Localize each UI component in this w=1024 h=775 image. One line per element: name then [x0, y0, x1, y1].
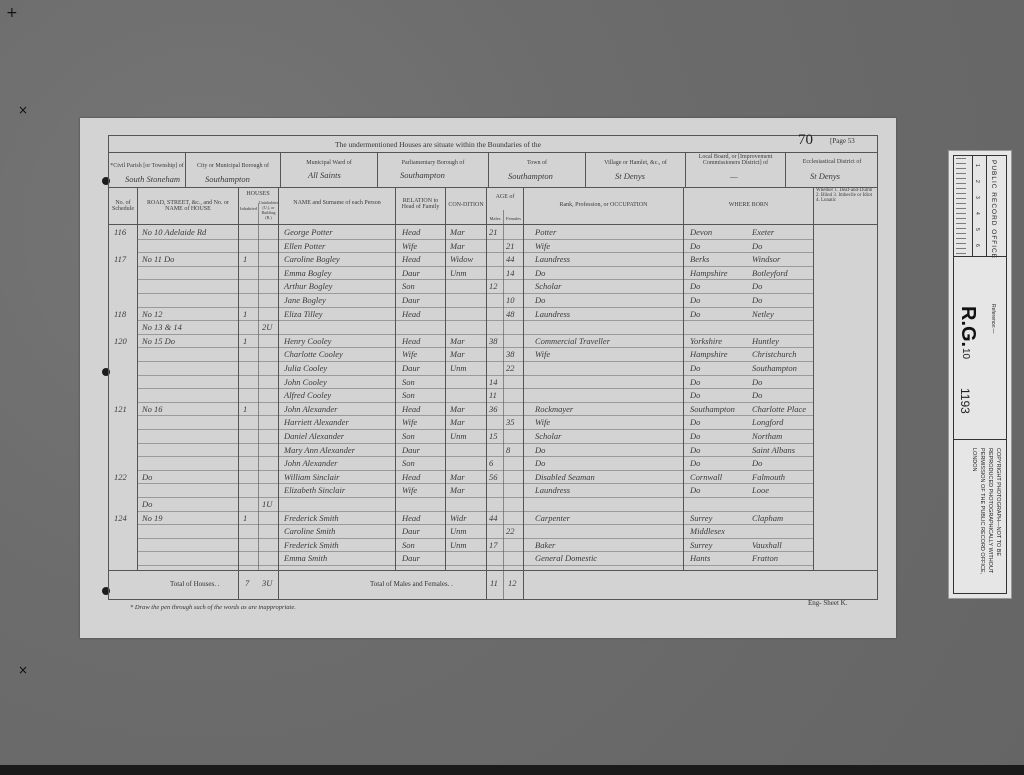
relation-cell: Head [402, 513, 420, 523]
table-row: Julia CooleyDaurUnm22DoSouthampton [80, 361, 896, 375]
born-county-cell: Surrey [690, 540, 712, 550]
page-label: [Page 53 [830, 137, 855, 145]
born-county-cell: Do [690, 363, 700, 373]
born-place-cell: Netley [752, 309, 774, 319]
born-county-cell: Hants [690, 553, 710, 563]
born-place-cell: Windsor [752, 254, 780, 264]
col-header-relation: RELATION to Head of Family [397, 198, 444, 210]
ruler-numbers: 1 2 3 4 5 6 [972, 156, 987, 256]
piece-prefix: 10 [960, 348, 971, 359]
name-cell: Caroline Smith [284, 526, 335, 536]
born-county-cell: Berks [690, 254, 709, 264]
born-place-cell: Fratton [752, 553, 778, 563]
occupation-cell: Commercial Traveller [535, 336, 610, 346]
age-male-cell: 14 [489, 377, 498, 387]
occupation-cell: Scholar [535, 281, 561, 291]
sheet-reference: Eng- Sheet K. [808, 599, 847, 607]
born-place-cell: Do [752, 295, 762, 305]
registration-mark-x: × [18, 104, 28, 116]
age-female-cell: 48 [506, 309, 515, 319]
total-females: 12 [508, 578, 517, 588]
table-row: Frederick SmithSonUnm17BakerSurreyVauxha… [80, 538, 896, 552]
address-cell: No 13 & 14 [142, 322, 182, 332]
film-edge [0, 765, 1024, 775]
relation-cell: Daur [402, 268, 420, 278]
uninhabited-cell: 1U [262, 499, 272, 509]
relation-cell: Wife [402, 485, 417, 495]
table-row: 117No 11 Do1Caroline BogleyHeadWidow44La… [80, 252, 896, 266]
table-row: John CooleySon14DoDo [80, 375, 896, 389]
table-row: 118No 121Eliza TilleyHead48LaundressDoNe… [80, 307, 896, 321]
born-county-cell: Yorkshire [690, 336, 722, 346]
born-place-cell: Do [752, 241, 762, 251]
registration-mark-x: × [18, 664, 28, 676]
born-place-cell: Falmouth [752, 472, 785, 482]
born-place-cell: Do [752, 281, 762, 291]
table-row: Mary Ann AlexanderDaur8DoDoSaint Albans [80, 443, 896, 457]
table-row: Caroline SmithDaurUnm22Middlesex [80, 524, 896, 538]
col-header-uninhabited: Uninhabited (U.), or Building (B.) [259, 200, 278, 220]
public-record-office-reference-strip: 1 2 3 4 5 6 PUBLIC RECORD OFFICE Referen… [948, 150, 1012, 599]
col-header-inhabited: Inhabited [239, 206, 258, 211]
name-cell: Charlotte Cooley [284, 349, 343, 359]
born-county-cell: Do [690, 281, 700, 291]
condition-cell: Mar [450, 241, 465, 251]
age-male-cell: 6 [489, 458, 493, 468]
age-female-cell: 10 [506, 295, 515, 305]
address-cell: No 15 Do [142, 336, 175, 346]
condition-cell: Mar [450, 472, 465, 482]
table-row: 122DoWilliam SinclairHeadMar56Disabled S… [80, 470, 896, 484]
table-row: Emma BogleyDaurUnm14DoHampshireBotleyfor… [80, 266, 896, 280]
col-header-where-born: WHERE BORN [685, 202, 812, 208]
born-county-cell: Middlesex [690, 526, 725, 536]
born-county-cell: Do [690, 241, 700, 251]
relation-cell: Head [402, 309, 420, 319]
relation-cell: Head [402, 227, 420, 237]
condition-cell: Widr [450, 513, 467, 523]
name-cell: Emma Bogley [284, 268, 331, 278]
condition-cell: Unm [450, 431, 467, 441]
schedule-cell: 124 [114, 513, 127, 523]
total-houses-inhabited: 7 [245, 578, 249, 588]
district-value-ecclesiastical: St Denys [810, 171, 840, 181]
district-label-village: Village or Hamlet, &c., of [587, 160, 684, 166]
inhabited-cell: 1 [243, 309, 247, 319]
occupation-cell: Wife [535, 241, 550, 251]
condition-cell: Unm [450, 540, 467, 550]
piece-number: 1193 [958, 388, 972, 414]
age-male-cell: 12 [489, 281, 498, 291]
born-place-cell: Exeter [752, 227, 774, 237]
condition-cell: Unm [450, 526, 467, 536]
schedule-cell: 116 [114, 227, 126, 237]
condition-cell: Unm [450, 363, 467, 373]
table-row: 121No 161John AlexanderHeadMar36Rockmaye… [80, 402, 896, 416]
occupation-cell: Wife [535, 417, 550, 427]
name-cell: Frederick Smith [284, 540, 339, 550]
relation-cell: Son [402, 458, 415, 468]
occupation-cell: Scholar [535, 431, 561, 441]
relation-cell: Wife [402, 417, 417, 427]
address-cell: No 16 [142, 404, 163, 414]
relation-cell: Son [402, 390, 415, 400]
born-place-cell: Clapham [752, 513, 783, 523]
relation-cell: Son [402, 377, 415, 387]
table-row: Do1U [80, 497, 896, 511]
born-place-cell: Botleyford [752, 268, 788, 278]
total-males: 11 [490, 578, 498, 588]
condition-cell: Mar [450, 485, 465, 495]
district-label-town: Town of [490, 160, 584, 166]
born-place-cell: Huntley [752, 336, 779, 346]
col-header-condition: CON-DITION [447, 202, 485, 208]
name-cell: Henry Cooley [284, 336, 331, 346]
col-header-age-females: Females [504, 216, 523, 221]
condition-cell: Mar [450, 336, 465, 346]
relation-cell: Head [402, 472, 420, 482]
name-cell: Elizabeth Sinclair [284, 485, 345, 495]
born-place-cell: Northam [752, 431, 782, 441]
col-header-age: AGE of [487, 194, 523, 200]
name-cell: John Alexander [284, 458, 337, 468]
born-county-cell: Cornwall [690, 472, 722, 482]
boundary-title: The undermentioned Houses are situate wi… [335, 140, 541, 149]
born-county-cell: Surrey [690, 513, 712, 523]
name-cell: George Potter [284, 227, 333, 237]
total-houses-label: Total of Houses. . [170, 580, 219, 588]
inhabited-cell: 1 [243, 336, 247, 346]
relation-cell: Son [402, 431, 415, 441]
age-male-cell: 15 [489, 431, 498, 441]
name-cell: Frederick Smith [284, 513, 339, 523]
age-female-cell: 44 [506, 254, 515, 264]
age-female-cell: 21 [506, 241, 515, 251]
occupation-cell: Laundress [535, 485, 570, 495]
schedule-cell: 118 [114, 309, 126, 319]
relation-cell: Son [402, 281, 415, 291]
condition-cell: Mar [450, 404, 465, 414]
age-female-cell: 38 [506, 349, 515, 359]
born-place-cell: Charlotte Place [752, 404, 806, 414]
table-row: Jane BogleyDaur10DoDoDo [80, 293, 896, 307]
age-male-cell: 21 [489, 227, 498, 237]
born-county-cell: Do [690, 377, 700, 387]
occupation-cell: Disabled Seaman [535, 472, 595, 482]
born-county-cell: Southampton [690, 404, 735, 414]
table-row: Ellen PotterWifeMar21WifeDoDo [80, 239, 896, 253]
table-row: 116No 10 Adelaide RdGeorge PotterHeadMar… [80, 225, 896, 239]
occupation-cell: Potter [535, 227, 556, 237]
col-header-address: ROAD, STREET, &c., and No. or NAME of HO… [140, 200, 236, 212]
district-label-ecclesiastical: Ecclesiastical District of [787, 159, 877, 165]
district-label-parish: *Civil Parish [or Township] of [110, 163, 184, 169]
born-place-cell: Longford [752, 417, 783, 427]
col-header-name: NAME and Surname of each Person [280, 200, 394, 206]
condition-cell: Mar [450, 227, 465, 237]
table-row: 120No 15 Do1Henry CooleyHeadMar38Commerc… [80, 334, 896, 348]
table-row: Alfred CooleySon11DoDo [80, 388, 896, 402]
table-row: 124No 191Frederick SmithHeadWidr44Carpen… [80, 511, 896, 525]
age-male-cell: 11 [489, 390, 497, 400]
inhabited-cell: 1 [243, 254, 247, 264]
name-cell: Alfred Cooley [284, 390, 331, 400]
name-cell: John Alexander [284, 404, 337, 414]
occupation-cell: Baker [535, 540, 555, 550]
public-record-office-label: PUBLIC RECORD OFFICE [990, 160, 997, 259]
born-place-cell: Saint Albans [752, 445, 795, 455]
copyright-notice: COPYRIGHT PHOTOGRAPH—NOT TO BE REPRODUCE… [962, 448, 1002, 588]
col-header-schedule: No. of Schedule [109, 200, 137, 212]
district-value-village: St Denys [615, 171, 645, 181]
uninhabited-cell: 2U [262, 322, 272, 332]
address-cell: Do [142, 499, 152, 509]
address-cell: No 11 Do [142, 254, 174, 264]
born-place-cell: Do [752, 390, 762, 400]
condition-cell: Mar [450, 417, 465, 427]
age-male-cell: 17 [489, 540, 498, 550]
schedule-cell: 117 [114, 254, 126, 264]
col-header-age-males: Males [487, 216, 503, 221]
name-cell: Harriett Alexander [284, 417, 349, 427]
registration-mark-plus: + [6, 6, 18, 20]
relation-cell: Wife [402, 349, 417, 359]
census-sheet: The undermentioned Houses are situate wi… [80, 118, 896, 638]
col-header-infirmity: Whether 1. Deaf-and-Dumb 2. Blind 3. Imb… [816, 188, 876, 203]
district-value-parish: South Stoneham [125, 174, 180, 184]
district-value-town: Southampton [508, 171, 553, 181]
born-place-cell: Christchurch [752, 349, 797, 359]
address-cell: No 10 Adelaide Rd [142, 227, 206, 237]
occupation-cell: General Domestic [535, 553, 597, 563]
relation-cell: Son [402, 540, 415, 550]
schedule-cell: 121 [114, 404, 127, 414]
total-persons-label: Total of Males and Females. . [370, 580, 453, 588]
age-female-cell: 22 [506, 526, 515, 536]
occupation-cell: Laundress [535, 309, 570, 319]
district-label-parliamentary: Parliamentary Borough of [379, 160, 487, 166]
condition-cell: Mar [450, 349, 465, 359]
relation-cell: Head [402, 404, 420, 414]
occupation-cell: Do [535, 268, 545, 278]
name-cell: John Cooley [284, 377, 327, 387]
ruler [954, 156, 973, 256]
col-header-houses: HOUSES [239, 191, 277, 197]
relation-cell: Daur [402, 295, 420, 305]
table-row: Charlotte CooleyWifeMar38WifeHampshireCh… [80, 347, 896, 361]
series-code: R.G. [956, 306, 979, 347]
footnote: * Draw the pen through such of the words… [130, 604, 296, 611]
relation-cell: Head [402, 254, 420, 264]
age-male-cell: 56 [489, 472, 498, 482]
age-female-cell: 22 [506, 363, 515, 373]
name-cell: Emma Smith [284, 553, 327, 563]
page-reference-number: 70 [798, 132, 813, 149]
district-label-local-board: Local Board, or [Improvement Commissione… [687, 154, 784, 166]
table-row: John AlexanderSon6DoDoDo [80, 456, 896, 470]
name-cell: Ellen Potter [284, 241, 325, 251]
born-county-cell: Do [690, 458, 700, 468]
address-cell: No 12 [142, 309, 163, 319]
address-cell: Do [142, 472, 152, 482]
table-row: Harriett AlexanderWifeMar35WifeDoLongfor… [80, 415, 896, 429]
born-county-cell: Do [690, 485, 700, 495]
relation-cell: Wife [402, 241, 417, 251]
born-place-cell: Southampton [752, 363, 797, 373]
total-houses-uninhabited: 3U [262, 578, 272, 588]
born-county-cell: Do [690, 431, 700, 441]
table-row: Daniel AlexanderSonUnm15ScholarDoNortham [80, 429, 896, 443]
occupation-cell: Laundress [535, 254, 570, 264]
born-place-cell: Looe [752, 485, 769, 495]
table-row: Elizabeth SinclairWifeMarLaundressDoLooe [80, 483, 896, 497]
occupation-cell: Do [535, 445, 545, 455]
born-county-cell: Do [690, 309, 700, 319]
table-row: No 13 & 142U [80, 320, 896, 334]
born-place-cell: Do [752, 377, 762, 387]
born-place-cell: Do [752, 458, 762, 468]
relation-cell: Daur [402, 445, 420, 455]
age-female-cell: 35 [506, 417, 515, 427]
relation-cell: Head [402, 336, 420, 346]
name-cell: Julia Cooley [284, 363, 327, 373]
age-female-cell: 14 [506, 268, 515, 278]
occupation-cell: Do [535, 458, 545, 468]
name-cell: Jane Bogley [284, 295, 326, 305]
born-county-cell: Hampshire [690, 349, 727, 359]
born-county-cell: Do [690, 390, 700, 400]
schedule-cell: 120 [114, 336, 127, 346]
name-cell: Daniel Alexander [284, 431, 344, 441]
age-male-cell: 36 [489, 404, 498, 414]
district-value-parliamentary: Southampton [400, 170, 445, 180]
inhabited-cell: 1 [243, 513, 247, 523]
district-value-local-board: — [730, 171, 738, 181]
occupation-cell: Carpenter [535, 513, 570, 523]
occupation-cell: Rockmayer [535, 404, 573, 414]
district-label-borough: City or Municipal Borough of [187, 163, 279, 169]
occupation-cell: Do [535, 295, 545, 305]
reference-label: Reference:— [990, 304, 996, 333]
name-cell: Eliza Tilley [284, 309, 323, 319]
name-cell: Arthur Bogley [284, 281, 332, 291]
col-header-occupation: Rank, Profession, or OCCUPATION [525, 202, 682, 208]
address-cell: No 19 [142, 513, 163, 523]
born-county-cell: Hampshire [690, 268, 727, 278]
relation-cell: Daur [402, 553, 420, 563]
age-male-cell: 38 [489, 336, 498, 346]
born-county-cell: Do [690, 417, 700, 427]
relation-cell: Daur [402, 526, 420, 536]
table-row: Emma SmithDaurGeneral DomesticHantsFratt… [80, 551, 896, 565]
relation-cell: Daur [402, 363, 420, 373]
born-county-cell: Devon [690, 227, 712, 237]
born-place-cell: Vauxhall [752, 540, 782, 550]
schedule-cell: 122 [114, 472, 127, 482]
district-label-ward: Municipal Ward of [282, 160, 376, 166]
born-county-cell: Do [690, 295, 700, 305]
district-value-borough: Southampton [205, 174, 250, 184]
age-female-cell: 8 [506, 445, 510, 455]
district-value-ward: All Saints [308, 170, 341, 180]
name-cell: William Sinclair [284, 472, 340, 482]
inhabited-cell: 1 [243, 404, 247, 414]
name-cell: Caroline Bogley [284, 254, 340, 264]
condition-cell: Widow [450, 254, 473, 264]
condition-cell: Unm [450, 268, 467, 278]
table-row: Arthur BogleySon12ScholarDoDo [80, 279, 896, 293]
age-male-cell: 44 [489, 513, 498, 523]
name-cell: Mary Ann Alexander [284, 445, 355, 455]
born-county-cell: Do [690, 445, 700, 455]
occupation-cell: Wife [535, 349, 550, 359]
